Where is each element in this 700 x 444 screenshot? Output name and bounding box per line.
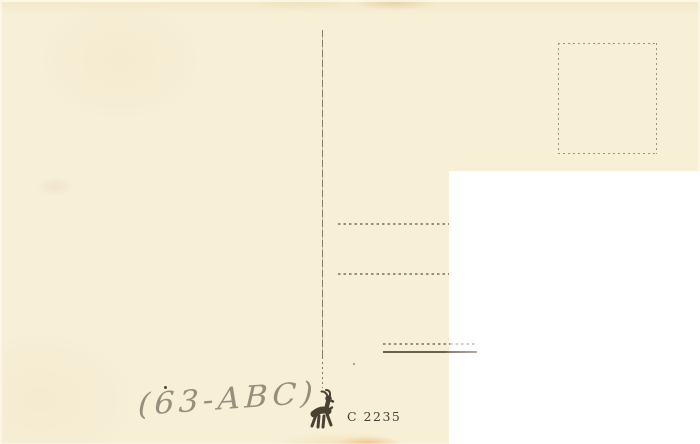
publisher-code: C 2235 xyxy=(347,409,401,424)
divider-line-dashed-end xyxy=(322,357,323,388)
stamp-box xyxy=(558,43,657,154)
ink-speck xyxy=(164,386,167,389)
address-line-3-faded-extension xyxy=(450,343,476,345)
postcard-back: C 2235 (63-ABC) xyxy=(0,0,700,444)
address-line-2 xyxy=(338,273,451,275)
blank-white-cutout xyxy=(449,171,700,444)
address-line-1 xyxy=(338,223,451,225)
ink-speck xyxy=(353,363,355,365)
address-line-3 xyxy=(383,343,450,345)
address-underline-rule xyxy=(383,351,477,353)
divider-line xyxy=(322,30,323,357)
